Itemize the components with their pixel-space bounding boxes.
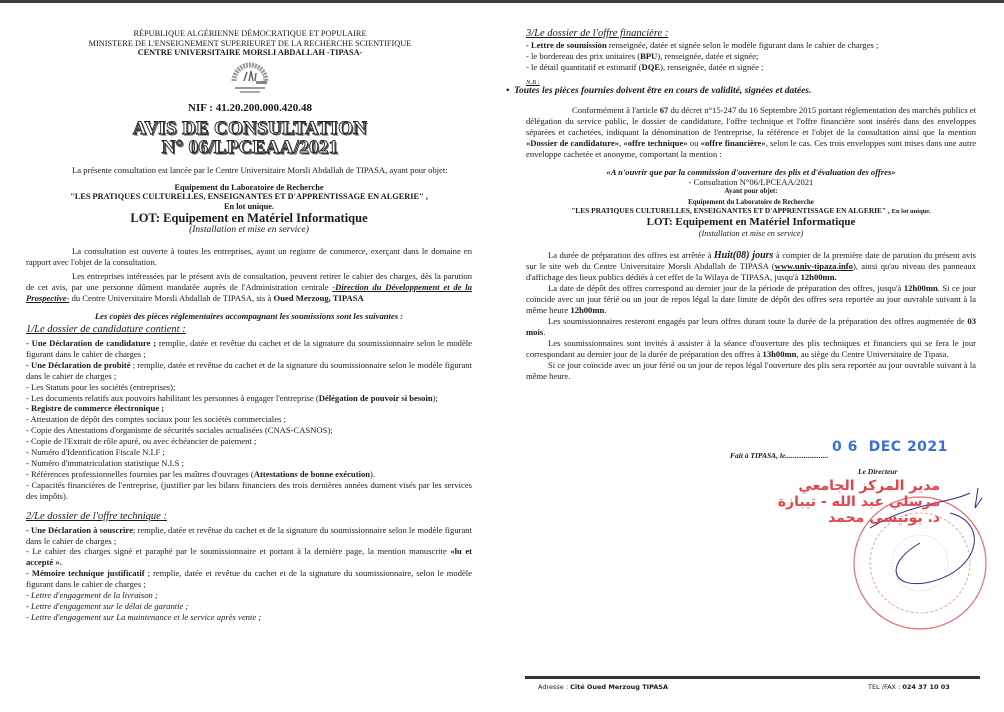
list-item: - Une Déclaration à souscrire; remplie, … [26,525,472,547]
section-1-title: 1/Le dossier de candidature contient : [26,324,472,335]
lot-title: LOT: Equipement en Matériel Informatique [26,211,472,225]
university-logo-icon [230,61,270,93]
list-item: - Capacités financières de l'entreprise,… [26,480,472,502]
object-block: Equipement du Laboratoire de Recherche "… [26,183,472,212]
list-item: - Lettre d'engagement de la livraison ; [26,590,472,601]
nb-label: N.B : [526,79,976,86]
holiday-paragraph: Si ce jour coïncide avec un jour férié o… [526,360,976,382]
document-page-left: RÉPUBLIQUE ALGÉRIENNE DÉMOCRATIQUE ET PO… [0,3,500,623]
consultation-ref: - Consultation N°06/LPCEAA/2021 [526,177,976,187]
footer-address: Adresse : Cité Oued Merzoug TIPASA [538,683,668,691]
nif-number: NIF : 41.20.200.000.420.48 [0,102,500,114]
intro-paragraph: La présente consultation est lancée par … [26,165,472,176]
list-item: - Mémoire technique justificatif ; rempl… [26,568,472,590]
list-item: - le bordereau des prix unitaires (BPU),… [526,51,976,62]
list-item: - Les Statuts pour les sociétés (entrepr… [26,382,472,393]
place-date-line: Fait à TIPASA, le....................... [730,451,828,460]
object-line-3: En lot unique. [26,202,472,212]
title-line-1: AVIS DE CONSULTATION [0,119,500,138]
lot-subtitle: (Installation et mise en service) [526,229,976,239]
list-item: - Numéro d'Identification Fiscale N.I.F … [26,447,472,458]
ministry-line: MINISTERE DE L'ENSEIGNEMENT SUPERIEURET … [0,39,500,49]
deposit-paragraph: La date de dépôt des offres correspond a… [526,283,976,316]
document-title: AVIS DE CONSULTATION N° 06/LPCEAA/2021 [0,119,500,157]
object-line-2: "LES PRATIQUES CULTURELLES, ENSEIGNANTES… [526,206,976,216]
list-item: - Numéro d'immatriculation statistique N… [26,458,472,469]
website-link[interactable]: www.univ-tipaza.info [775,261,853,271]
list-item: - Une Déclaration de candidature ; rempl… [26,338,472,360]
document-page-right: 3/Le dossier de l'offre financière : - L… [500,3,1004,382]
list-item: - Le cahier des charges signé et paraphé… [26,546,472,568]
list-item: - Registre de commerce électronique ; [26,403,472,414]
copies-heading: Les copies des pièces réglementaires acc… [26,311,472,321]
republic-line: RÉPUBLIQUE ALGÉRIENNE DÉMOCRATIQUE ET PO… [0,29,500,39]
conformity-paragraph: Conformément à l'article 67 du décret n°… [526,105,976,160]
commitment-paragraph: Les soumissionnaires resteront engagés p… [526,316,976,338]
list-item: - Lettre de soumission renseignée, datée… [526,40,976,51]
list-item: - Les documents relatifs aux pouvoirs ha… [26,393,472,404]
ayant-pour-objet: Ayant pour objet: [526,187,976,196]
list-item: - Lettre d'engagement sur La maintenance… [26,612,472,623]
retrieval-paragraph: Les entreprises intéressées par le prése… [26,271,472,304]
section-2-title: 2/Le dossier de l'offre technique : [26,511,472,522]
list-item: - Attestation de dépôt des comptes socia… [26,414,472,425]
duration-paragraph: La durée de préparation des offres est a… [526,250,976,283]
object-line-2: "LES PRATIQUES CULTURELLES, ENSEIGNANTES… [26,192,472,202]
list-item: - Références professionnelles fournies p… [26,469,472,480]
list-item: - le détail quantitatif et estimatif (DQ… [526,62,976,73]
lot-title: LOT: Equipement en Matériel Informatique [526,216,976,229]
footer-divider [525,676,980,679]
footer-phone: TEL /FAX : 024 37 10 03 [868,683,950,691]
section-2-italic-list: - Lettre d'engagement de la livraison ;-… [26,590,472,623]
list-item: - Copie de l'Extrait de rôle apuré, ou a… [26,436,472,447]
nb-note: • Toutes les pièces fournies doivent êtr… [506,86,976,96]
section-3-title: 3/Le dossier de l'offre financière : [526,28,976,39]
university-line: CENTRE UNIVERSITAIRE MORSLI ABDALLAH -TI… [0,48,500,58]
object-line-1: Equipement du Laboratoire de Recherche [26,183,472,193]
director-stamp: مدير المركز الجامعي مرسلي عبد الله - تيب… [700,478,940,526]
list-item: - Une Déclaration de probité ; remplie, … [26,360,472,382]
bullet-icon: • [506,86,514,96]
title-line-2: N° 06/LPCEAA/2021 [0,138,500,157]
envelope-mention: «A n'ouvrir que par la commission d'ouve… [526,167,976,177]
section-2-list: - Une Déclaration à souscrire; remplie, … [26,525,472,590]
letterhead: RÉPUBLIQUE ALGÉRIENNE DÉMOCRATIQUE ET PO… [0,29,500,58]
section-3-list: - Lettre de soumission renseignée, datée… [526,40,976,73]
date-stamp: 0 6 DEC 2021 [832,439,948,455]
opening-session-paragraph: Les soumissionnaires sont invités à assi… [526,338,976,360]
director-label: Le Directeur [858,467,897,476]
section-1-list: - Une Déclaration de candidature ; rempl… [26,338,472,502]
lot-subtitle: (Installation et mise en service) [26,225,472,236]
list-item: - Lettre d'engagement sur le délai de ga… [26,601,472,612]
eligibility-paragraph: La consultation est ouverte à toutes les… [26,246,472,268]
list-item: - Copie des Attestations d'organisme de … [26,425,472,436]
object-line-1: Equipement du Laboratoire de Recherche [526,198,976,207]
